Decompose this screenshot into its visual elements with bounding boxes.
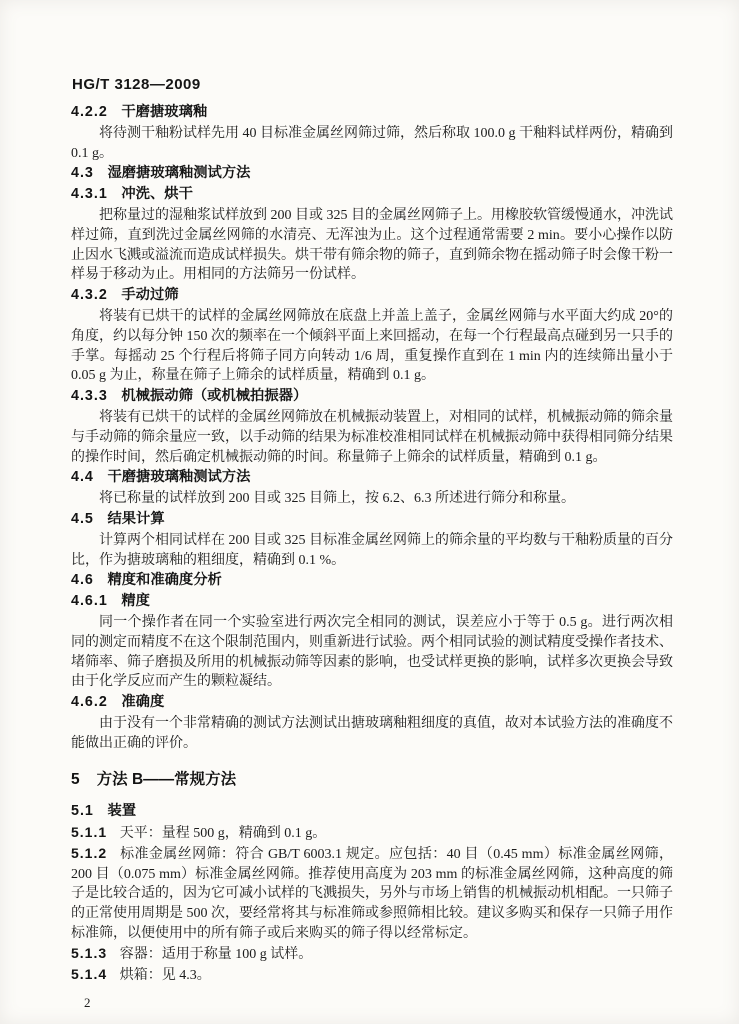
clause-5-1-1: 5.1.1天平：量程 500 g，精确到 0.1 g。 — [71, 823, 673, 844]
clause-5-1-2: 5.1.2标准金属丝网筛：符合 GB/T 6003.1 规定。应包括：40 目（… — [71, 844, 673, 944]
section-heading-4-4: 4.4干磨搪玻璃釉测试方法 — [71, 468, 673, 488]
heading-number: 4.3.1 — [71, 186, 108, 202]
heading-number: 4.4 — [71, 469, 94, 485]
clause-5-1-3: 5.1.3容器：适用于称量 100 g 试样。 — [71, 944, 673, 965]
heading-title: 结果计算 — [107, 511, 164, 527]
heading-title: 机械振动筛（或机械拍振器） — [121, 388, 307, 404]
clause-number: 5.1.3 — [71, 945, 107, 961]
heading-title: 手动过筛 — [121, 287, 178, 303]
clause-text: 容器：适用于称量 100 g 试样。 — [120, 947, 313, 962]
heading-number: 4.2.2 — [71, 104, 108, 120]
heading-number: 4.3 — [71, 165, 94, 181]
section-heading-4-6-1: 4.6.1精度 — [71, 592, 673, 612]
heading-number: 4.3.3 — [71, 388, 108, 404]
heading-number: 4.6.2 — [71, 694, 108, 710]
section-heading-5-1: 5.1装置 — [71, 802, 673, 822]
paragraph-4-6-2: 由于没有一个非常精确的测试方法测试出搪玻璃釉粗细度的真值，故对本试验方法的准确度… — [71, 714, 673, 754]
document-page: HG/T 3128—2009 4.2.2干磨搪玻璃釉 将待测干釉粉试样先用 40… — [0, 0, 739, 1024]
heading-title: 精度 — [121, 593, 150, 609]
paragraph-4-3-3: 将装有已烘干的试样的金属丝网筛放在机械振动装置上，对相同的试样，机械振动筛的筛余… — [71, 408, 673, 467]
heading-number: 4.5 — [71, 511, 94, 527]
section-heading-4-3: 4.3湿磨搪玻璃釉测试方法 — [71, 164, 673, 184]
heading-title: 干磨搪玻璃釉测试方法 — [107, 469, 250, 485]
paragraph-4-5: 计算两个相同试样在 200 目或 325 目标准金属丝网筛上的筛余量的平均数与干… — [71, 531, 673, 571]
clause-number: 5.1.2 — [71, 845, 107, 861]
heading-number: 4.6.1 — [71, 593, 108, 609]
paragraph-4-3-1: 把称量过的湿釉浆试样放到 200 目或 325 目的金属丝网筛子上。用橡胶软管缓… — [71, 206, 673, 285]
heading-number: 5 — [71, 771, 80, 788]
clause-text: 标准金属丝网筛：符合 GB/T 6003.1 规定。应包括：40 目（0.45 … — [71, 847, 673, 941]
heading-number: 4.6 — [71, 572, 94, 588]
heading-title: 湿磨搪玻璃釉测试方法 — [107, 165, 250, 181]
heading-number: 5.1 — [71, 803, 94, 819]
heading-title: 精度和准确度分析 — [107, 572, 221, 588]
page-number: 2 — [84, 993, 673, 1013]
heading-title: 方法 B——常规方法 — [97, 771, 237, 788]
section-heading-4-2-2: 4.2.2干磨搪玻璃釉 — [71, 103, 673, 123]
section-heading-4-3-1: 4.3.1冲洗、烘干 — [71, 185, 673, 205]
heading-title: 装置 — [107, 803, 136, 819]
heading-title: 干磨搪玻璃釉 — [121, 104, 207, 120]
chapter-heading-5: 5方法 B——常规方法 — [71, 770, 673, 790]
section-heading-4-3-3: 4.3.3机械振动筛（或机械拍振器） — [71, 387, 673, 407]
paragraph-4-3-2: 将装有已烘干的试样的金属丝网筛放在底盘上并盖上盖子，金属丝网筛与水平面大约成 2… — [71, 307, 673, 386]
paragraph-4-2-2: 将待测干釉粉试样先用 40 目标准金属丝网筛过筛，然后称取 100.0 g 干釉… — [71, 124, 673, 164]
section-heading-4-5: 4.5结果计算 — [71, 510, 673, 530]
section-heading-4-6-2: 4.6.2准确度 — [71, 693, 673, 713]
heading-title: 冲洗、烘干 — [121, 186, 192, 202]
clause-number: 5.1.4 — [71, 966, 107, 982]
clause-text: 烘箱：见 4.3。 — [120, 968, 211, 983]
clause-text: 天平：量程 500 g，精确到 0.1 g。 — [120, 826, 327, 841]
section-heading-4-6: 4.6精度和准确度分析 — [71, 571, 673, 591]
standard-number-header: HG/T 3128—2009 — [72, 76, 201, 93]
heading-number: 4.3.2 — [71, 287, 108, 303]
section-heading-4-3-2: 4.3.2手动过筛 — [71, 286, 673, 306]
heading-title: 准确度 — [121, 694, 164, 710]
paragraph-4-4: 将已称量的试样放到 200 目或 325 目筛上，按 6.2、6.3 所述进行筛… — [71, 489, 673, 509]
clause-5-1-4: 5.1.4烘箱：见 4.3。 — [71, 965, 673, 986]
document-content: 4.2.2干磨搪玻璃釉 将待测干釉粉试样先用 40 目标准金属丝网筛过筛，然后称… — [71, 102, 673, 1013]
clause-number: 5.1.1 — [71, 824, 107, 840]
paragraph-4-6-1: 同一个操作者在同一个实验室进行两次完全相同的测试，误差应小于等于 0.5 g。进… — [71, 613, 673, 692]
